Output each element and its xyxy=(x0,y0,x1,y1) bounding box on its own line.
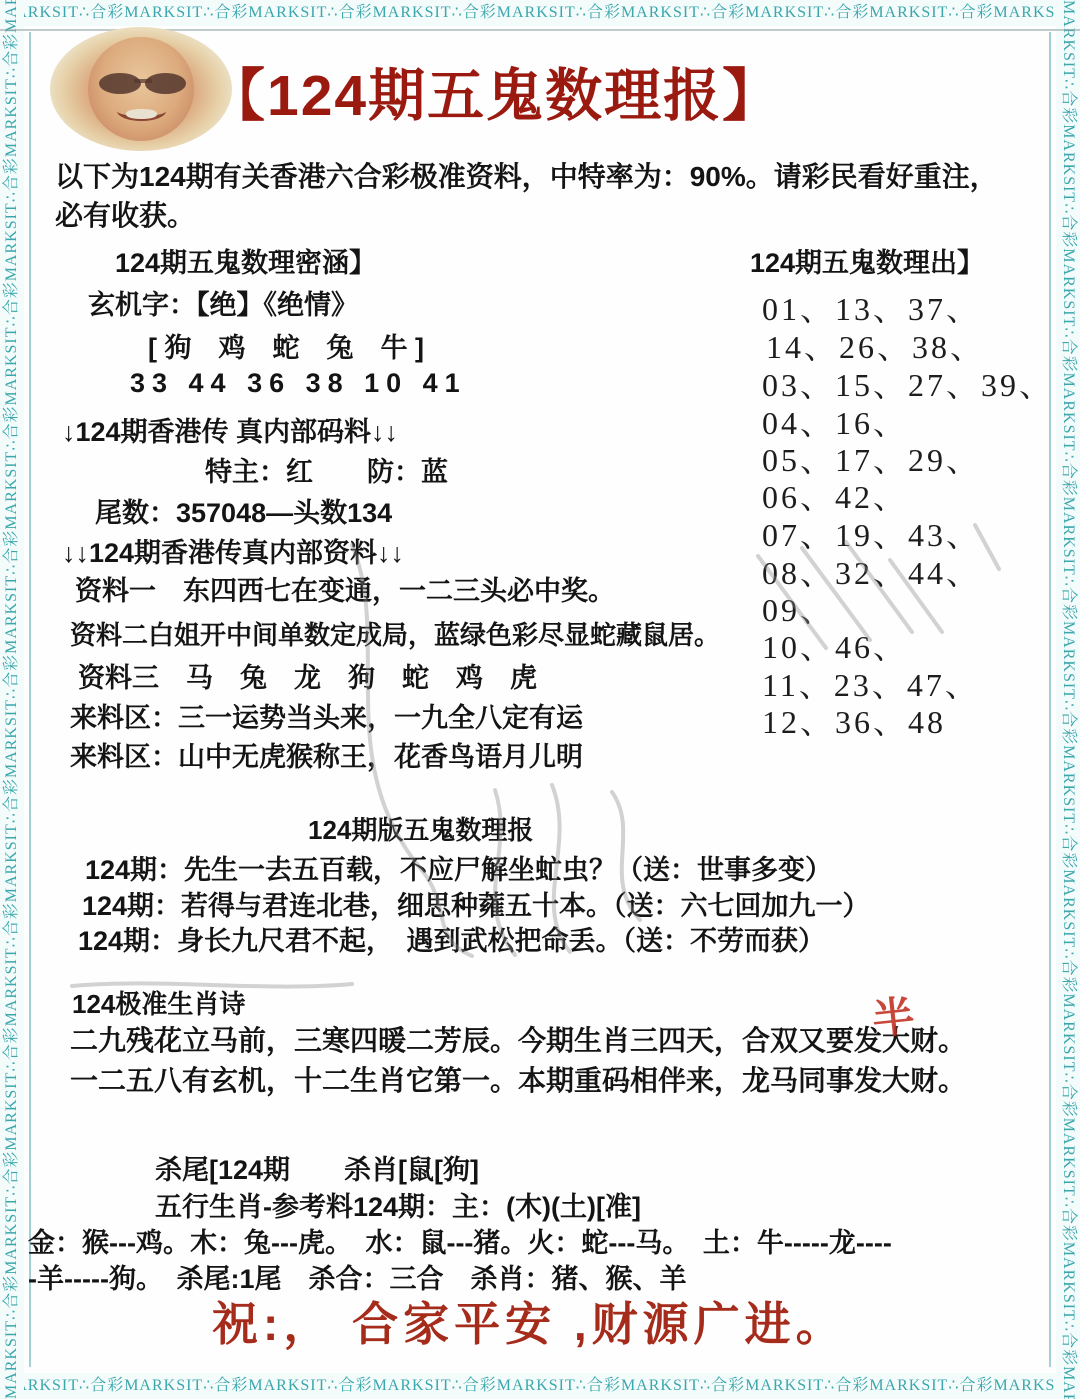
poem-line-2: 一二五八有玄机，十二生肖它第一。本期重码相伴来，龙马同事发大财。 xyxy=(70,1059,966,1099)
info-two-line: 资料二白姐开中间单数定成局，蓝绿色彩尽显蛇藏鼠居。 xyxy=(70,615,720,652)
number-row-line: 33 44 36 38 10 41 xyxy=(130,368,467,399)
frame-line-right xyxy=(1049,32,1051,1367)
verse-line-1: 124期：先生一去五百载，不应尸解坐虻虫？（送：世事多变） xyxy=(85,848,832,887)
number-group-row: 12、36、48 xyxy=(762,697,946,743)
teeth-icon xyxy=(126,109,157,119)
main-color-line: 特主：红 防：蓝 xyxy=(205,450,448,489)
red-stamp-mark: 半 xyxy=(869,983,917,1047)
mid-section-header: 124期版五鬼数理报 xyxy=(308,810,533,847)
border-pattern-top: MARKSIT∴合彩MARKSIT∴合彩MARKSIT∴合彩MARKSIT∴合彩… xyxy=(0,0,1080,26)
kill-tail-line: 杀尾[124期 杀肖[鼠[狗] xyxy=(155,1148,479,1187)
elements-map-line: 金：猴---鸡。木：兔---虎。 水：鼠---猪。火：蛇---马。 土：牛---… xyxy=(28,1221,892,1260)
mystery-word-line: 玄机字：【绝】《绝情》 xyxy=(88,283,358,322)
border-pattern-left: MARKSIT∴合彩MARKSIT∴合彩MARKSIT∴合彩MARKSIT∴合彩… xyxy=(0,0,24,1399)
tip-sheet-page: MARKSIT∴合彩MARKSIT∴合彩MARKSIT∴合彩MARKSIT∴合彩… xyxy=(0,0,1080,1399)
info-three-line: 资料三 马 兔 龙 狗 蛇 鸡 虎 xyxy=(78,656,537,695)
tail-head-line: 尾数：357048—头数134 xyxy=(95,491,392,530)
intro-paragraph: 以下为124期有关香港六合彩极准资料，中特率为：90%。请彩民看好重注，必有收获… xyxy=(55,158,1017,235)
right-column-header: 124期五鬼数理出】 xyxy=(750,241,984,280)
poem-line-1: 二九残花立马前，三寒四暖二芳辰。今期生肖三四天，合双又要发大财。 xyxy=(70,1019,966,1059)
five-elements-line: 五行生肖-参考料124期：主：(木)(土)[准] xyxy=(155,1185,641,1224)
hk-info-header-line: ↓↓124期香港传真内部资料↓↓ xyxy=(62,531,404,570)
frame-line-left xyxy=(29,32,31,1367)
glasses-left-lens-icon xyxy=(99,73,141,94)
source-zone-line-1: 来料区：三一运势当头来，一九全八定有运 xyxy=(70,696,583,735)
border-pattern-right: MARKSIT∴合彩MARKSIT∴合彩MARKSIT∴合彩MARKSIT∴合彩… xyxy=(1056,0,1080,1399)
border-pattern-bottom: MARKSIT∴合彩MARKSIT∴合彩MARKSIT∴合彩MARKSIT∴合彩… xyxy=(0,1373,1080,1399)
poem-section-header: 124极准生肖诗 xyxy=(72,984,245,1021)
zodiac-bracket-line: [ 狗 鸡 蛇 兔 牛 ] xyxy=(148,326,424,365)
blessing-text: 祝:， 合家平安 ,财源广进。 xyxy=(212,1288,847,1354)
verse-line-3: 124期：身长九尺君不起， 遇到武松把命丢。（送：不劳而获） xyxy=(78,919,825,958)
verse-line-2: 124期：若得与君连北巷，细思种蕹五十本。（送：六七回加九一） xyxy=(82,884,870,923)
glasses-bridge-icon xyxy=(134,79,152,83)
portrait-photo xyxy=(50,27,232,151)
hk-code-header-line: ↓124期香港传 真内部码料↓↓ xyxy=(62,410,398,449)
page-title: 【124期五鬼数理报】 xyxy=(208,50,781,132)
glasses-right-lens-icon xyxy=(145,73,187,94)
info-one-line: 资料一 东四西七在变通，一二三头必中奖。 xyxy=(75,569,615,608)
source-zone-line-2: 来料区：山中无虎猴称王，花香鸟语月儿明 xyxy=(70,735,583,774)
left-column-header: 124期五鬼数理密涵】 xyxy=(115,241,376,280)
